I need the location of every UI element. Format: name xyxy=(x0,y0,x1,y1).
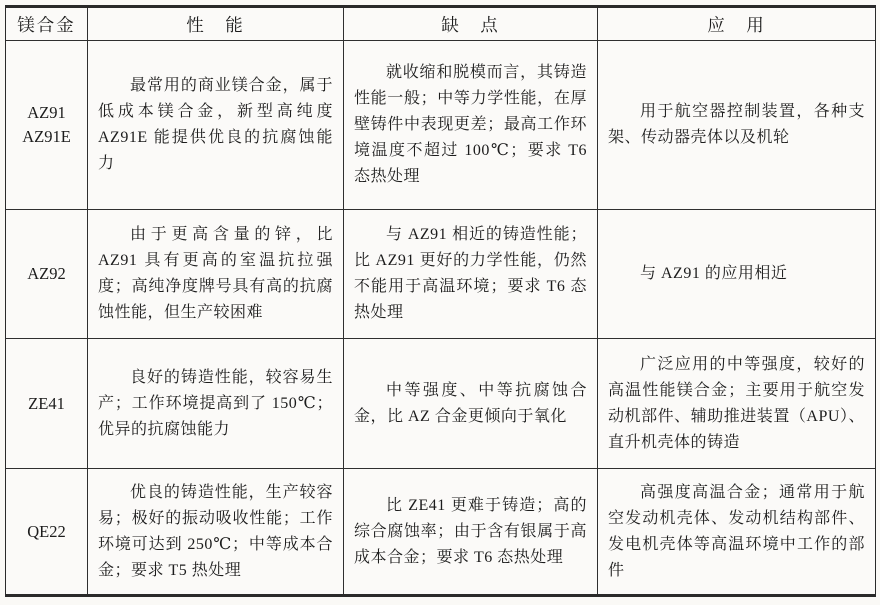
header-cell-performance: 性 能 xyxy=(88,8,344,41)
cell-az91-applications: 用于航空器控制装置，各种支架、传动器壳体以及机轮 xyxy=(598,41,875,210)
cell-az92-name: AZ92 xyxy=(6,210,88,339)
cell-az91-performance: 最常用的商业镁合金，属于低成本镁合金，新型高纯度 AZ91E 能提供优良的抗腐蚀… xyxy=(88,41,344,210)
header-label-drawbacks: 缺 点 xyxy=(441,12,500,37)
cell-text: 中等强度、中等抗腐蚀合金，比 AZ 合金更倾向于氧化 xyxy=(344,378,597,430)
alloys-table: 镁合金 性 能 缺 点 应 用 AZ91 AZ91E 最常用的商业镁合金，属于低… xyxy=(5,5,876,597)
alloy-name: ZE41 xyxy=(28,392,65,416)
header-cell-alloy: 镁合金 xyxy=(6,8,88,41)
cell-az91-name: AZ91 AZ91E xyxy=(6,41,88,210)
cell-ze41-applications: 广泛应用的中等强度，较好的高温性能镁合金；主要用于航空发动机部件、辅助推进装置（… xyxy=(598,339,875,469)
cell-qe22-applications: 高强度高温合金；通常用于航空发动机壳体、发动机结构部件、发电机壳体等高温环境中工… xyxy=(598,469,875,594)
alloy-name: QE22 xyxy=(27,520,66,544)
cell-qe22-performance: 优良的铸造性能，生产较容易；极好的振动吸收性能；工作环境可达到 250℃；中等成… xyxy=(88,469,344,594)
cell-qe22-name: QE22 xyxy=(6,469,88,594)
header-cell-applications: 应 用 xyxy=(598,8,875,41)
cell-text: 与 AZ91 的应用相近 xyxy=(598,261,875,287)
cell-ze41-name: ZE41 xyxy=(6,339,88,469)
cell-text: 由于更高含量的锌，比 AZ91 具有更高的室温抗拉强度；高纯净度牌号具有高的抗腐… xyxy=(88,222,343,326)
cell-az92-applications: 与 AZ91 的应用相近 xyxy=(598,210,875,339)
cell-az92-drawbacks: 与 AZ91 相近的铸造性能；比 AZ91 更好的力学性能，仍然不能用于高温环境… xyxy=(344,210,598,339)
cell-text: 最常用的商业镁合金，属于低成本镁合金，新型高纯度 AZ91E 能提供优良的抗腐蚀… xyxy=(88,73,343,177)
cell-text: 高强度高温合金；通常用于航空发动机壳体、发动机结构部件、发电机壳体等高温环境中工… xyxy=(598,480,875,584)
cell-qe22-drawbacks: 比 ZE41 更难于铸造；高的综合腐蚀率；由于含有银属于高成本合金；要求 T6 … xyxy=(344,469,598,594)
header-cell-drawbacks: 缺 点 xyxy=(344,8,598,41)
cell-ze41-drawbacks: 中等强度、中等抗腐蚀合金，比 AZ 合金更倾向于氧化 xyxy=(344,339,598,469)
cell-text: 与 AZ91 相近的铸造性能；比 AZ91 更好的力学性能，仍然不能用于高温环境… xyxy=(344,222,597,326)
header-label-performance: 性 能 xyxy=(186,12,245,37)
cell-text: 优良的铸造性能，生产较容易；极好的振动吸收性能；工作环境可达到 250℃；中等成… xyxy=(88,480,343,584)
header-label-alloy: 镁合金 xyxy=(17,12,76,37)
cell-az92-performance: 由于更高含量的锌，比 AZ91 具有更高的室温抗拉强度；高纯净度牌号具有高的抗腐… xyxy=(88,210,344,339)
cell-text: 比 ZE41 更难于铸造；高的综合腐蚀率；由于含有银属于高成本合金；要求 T6 … xyxy=(344,493,597,571)
cell-az91-drawbacks: 就收缩和脱模而言，其铸造性能一般；中等力学性能，在厚壁铸件中表现更差；最高工作环… xyxy=(344,41,598,210)
cell-text: 广泛应用的中等强度，较好的高温性能镁合金；主要用于航空发动机部件、辅助推进装置（… xyxy=(598,352,875,456)
alloy-name: AZ92 xyxy=(27,262,66,286)
header-label-applications: 应 用 xyxy=(707,12,766,37)
cell-text: 用于航空器控制装置，各种支架、传动器壳体以及机轮 xyxy=(598,99,875,151)
scanned-page: 镁合金 性 能 缺 点 应 用 AZ91 AZ91E 最常用的商业镁合金，属于低… xyxy=(0,0,880,605)
alloy-name: AZ91 AZ91E xyxy=(22,101,71,149)
cell-text: 就收缩和脱模而言，其铸造性能一般；中等力学性能，在厚壁铸件中表现更差；最高工作环… xyxy=(344,60,597,190)
cell-ze41-performance: 良好的铸造性能，较容易生产；工作环境提高到了 150℃；优异的抗腐蚀能力 xyxy=(88,339,344,469)
cell-text: 良好的铸造性能，较容易生产；工作环境提高到了 150℃；优异的抗腐蚀能力 xyxy=(88,365,343,443)
